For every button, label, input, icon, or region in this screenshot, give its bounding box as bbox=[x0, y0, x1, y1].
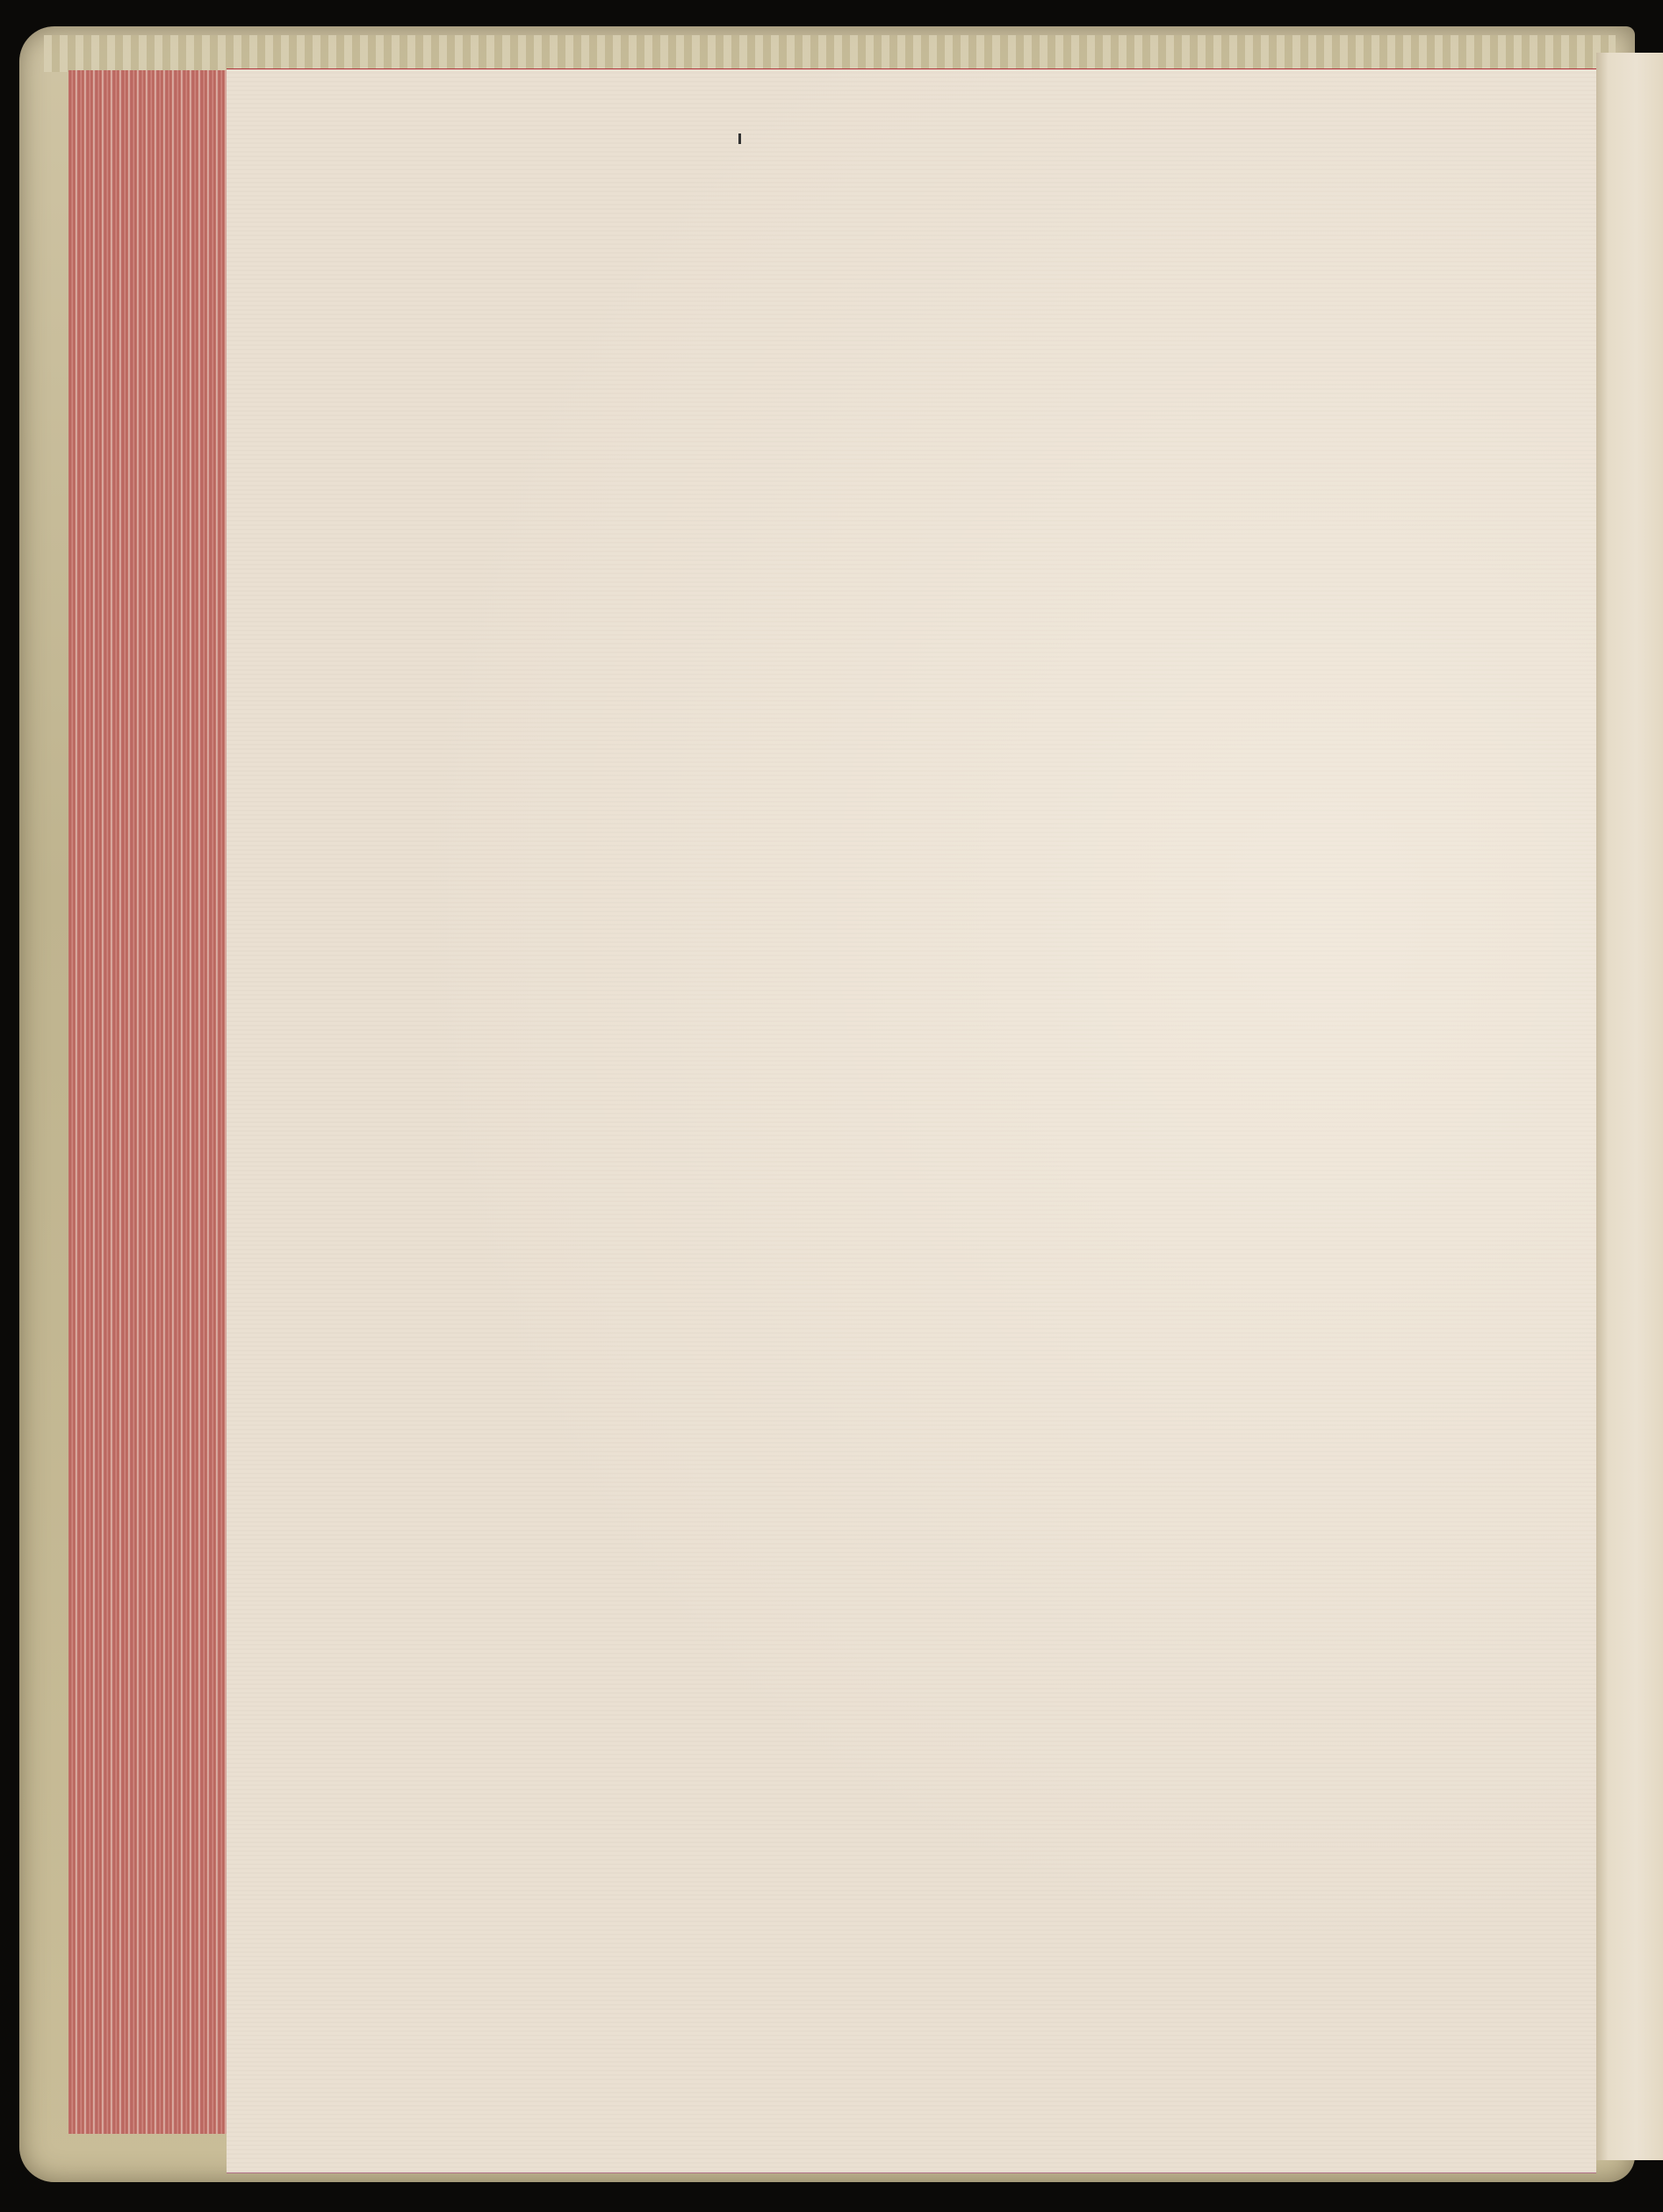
facing-recto-page-edge bbox=[1596, 53, 1663, 2160]
verso-page bbox=[227, 68, 1596, 2173]
red-stained-fore-edge bbox=[68, 70, 228, 2134]
ink-mark bbox=[738, 133, 741, 144]
binding-headcap bbox=[44, 35, 1616, 72]
